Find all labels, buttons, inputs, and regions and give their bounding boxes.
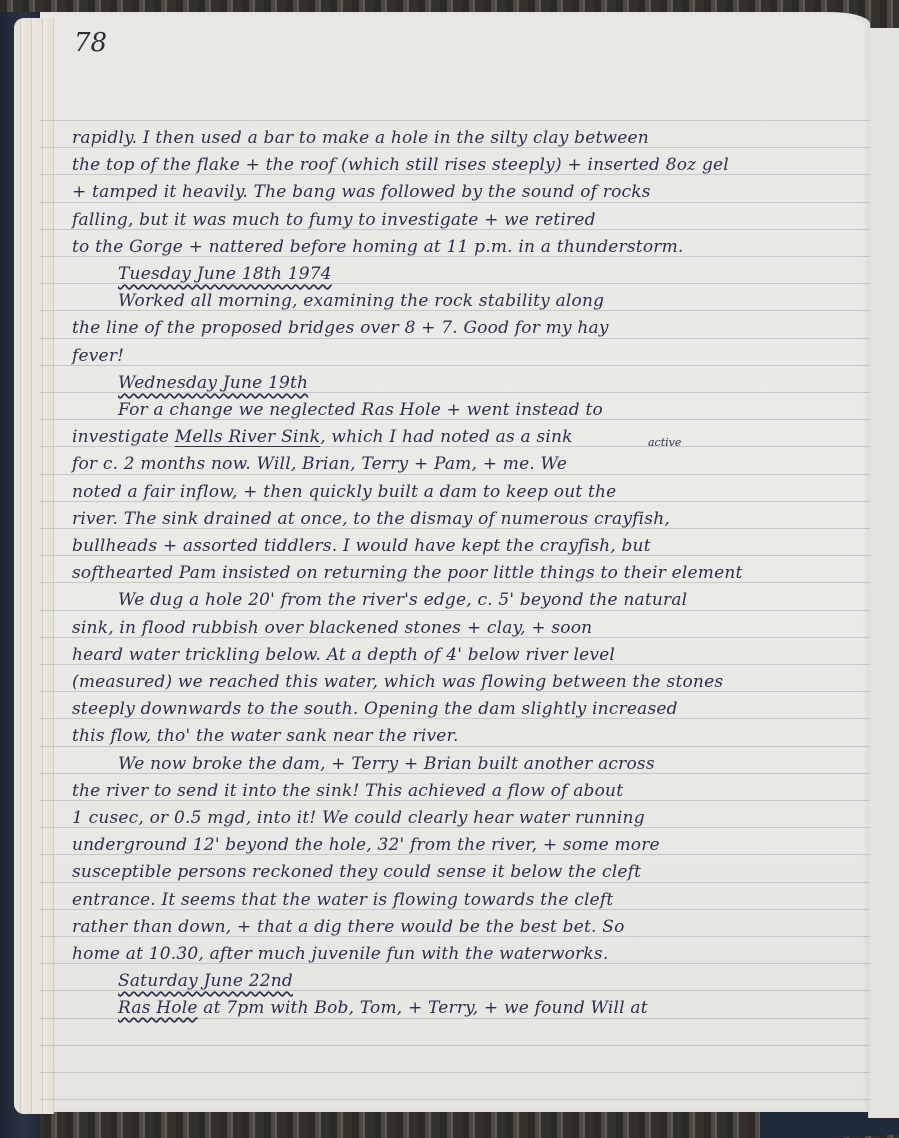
caret-insertion: active <box>648 436 681 449</box>
ruled-line <box>40 202 870 203</box>
page-number: 78 <box>74 28 107 58</box>
text-line: underground 12' beyond the hole, 32' fro… <box>72 835 872 855</box>
text-line: for c. 2 months now. Will, Brian, Terry … <box>72 454 872 474</box>
text-line: We dug a hole 20' from the river's edge,… <box>118 590 899 610</box>
ruled-line <box>40 610 870 611</box>
ruled-line <box>40 1018 870 1019</box>
text-line: the line of the proposed bridges over 8 … <box>72 318 872 338</box>
text-line: sink, in flood rubbish over blackened st… <box>72 618 872 638</box>
text-line: noted a fair inflow, + then quickly buil… <box>72 482 872 502</box>
text-line: susceptible persons reckoned they could … <box>72 862 872 882</box>
ruled-line <box>40 1072 870 1073</box>
text-line: We now broke the dam, + Terry + Brian bu… <box>118 754 899 774</box>
ruled-line <box>40 338 870 339</box>
text-line: rapidly. I then used a bar to make a hol… <box>72 128 872 148</box>
text-line: Ras Hole at 7pm with Bob, Tom, + Terry, … <box>118 998 899 1018</box>
text-line: bullheads + assorted tiddlers. I would h… <box>72 536 872 556</box>
text-line: home at 10.30, after much juvenile fun w… <box>72 944 872 964</box>
text-line: steeply downwards to the south. Opening … <box>72 699 872 719</box>
text-span: , which I had noted as a sink <box>320 427 572 447</box>
text-line: heard water trickling below. At a depth … <box>72 645 872 665</box>
text-line: this flow, tho' the water sank near the … <box>72 726 872 746</box>
ruled-line <box>40 1045 870 1046</box>
text-line: + tamped it heavily. The bang was follow… <box>72 182 872 202</box>
text-line: softhearted Pam insisted on returning th… <box>72 563 872 583</box>
ruled-line <box>40 1099 870 1100</box>
text-line: river. The sink drained at once, to the … <box>72 509 872 529</box>
text-line: to the Gorge + nattered before homing at… <box>72 237 872 257</box>
ruled-line <box>40 746 870 747</box>
text-line: (measured) we reached this water, which … <box>72 672 872 692</box>
ruled-line <box>40 882 870 883</box>
text-line: the top of the flake + the roof (which s… <box>72 155 872 175</box>
text-line: investigate Mells River Sink, which I ha… <box>72 427 872 447</box>
page-stack-edges <box>14 18 54 1114</box>
text-line: 1 cusec, or 0.5 mgd, into it! We could c… <box>72 808 872 828</box>
text-line: fever! <box>72 346 872 366</box>
date-heading: Tuesday June 18th 1974 <box>118 264 899 284</box>
text-line: entrance. It seems that the water is flo… <box>72 890 872 910</box>
date-heading: Wednesday June 19th <box>118 373 899 393</box>
text-line: falling, but it was much to fumy to inve… <box>72 210 872 230</box>
underlined-place-name: Ras Hole <box>118 998 198 1018</box>
text-line: Worked all morning, examining the rock s… <box>118 291 899 311</box>
text-span: at 7pm with Bob, Tom, + Terry, + we foun… <box>198 998 648 1018</box>
ruled-line <box>40 120 870 121</box>
text-span: investigate <box>72 427 175 447</box>
text-line: rather than down, + that a dig there wou… <box>72 917 872 937</box>
underlined-place-name: Mells River Sink <box>175 427 320 447</box>
ruled-line <box>40 474 870 475</box>
facing-page-edge <box>868 28 899 1118</box>
text-line: the river to send it into the sink! This… <box>72 781 872 801</box>
text-line: For a change we neglected Ras Hole + wen… <box>118 400 899 420</box>
date-heading: Saturday June 22nd <box>118 971 899 991</box>
